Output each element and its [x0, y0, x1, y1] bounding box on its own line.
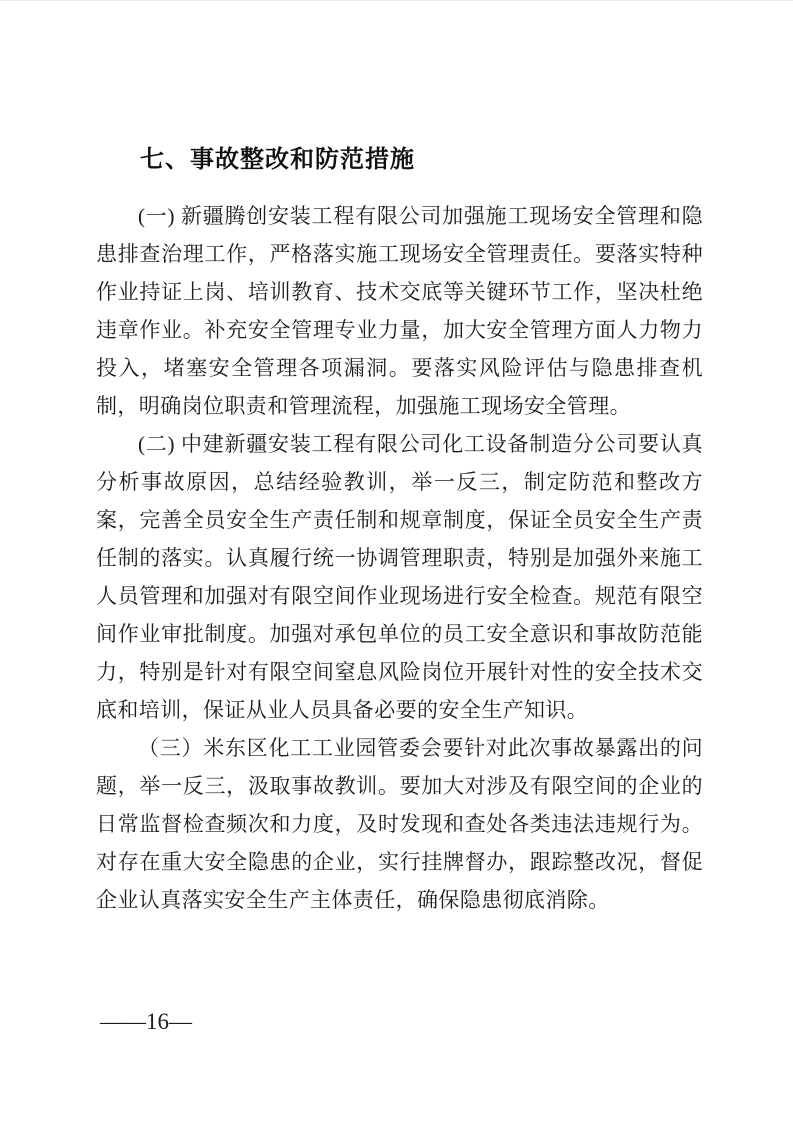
section-heading: 七、事故整改和防范措施: [96, 145, 703, 175]
document-page: 七、事故整改和防范措施 (一) 新疆腾创安装工程有限公司加强施工现场安全管理和隐…: [0, 0, 793, 1122]
document-body: 七、事故整改和防范措施 (一) 新疆腾创安装工程有限公司加强施工现场安全管理和隐…: [96, 145, 703, 919]
paragraph-3: （三）米东区化工工业园管委会要针对此次事故暴露出的问题，举一反三，汲取事故教训。…: [96, 729, 703, 919]
paragraph-2: (二) 中建新疆安装工程有限公司化工设备制造分公司要认真分析事故原因，总结经验教…: [96, 425, 703, 729]
page-number: ——16—: [100, 1007, 192, 1037]
paragraph-1: (一) 新疆腾创安装工程有限公司加强施工现场安全管理和隐患排查治理工作，严格落实…: [96, 197, 703, 425]
